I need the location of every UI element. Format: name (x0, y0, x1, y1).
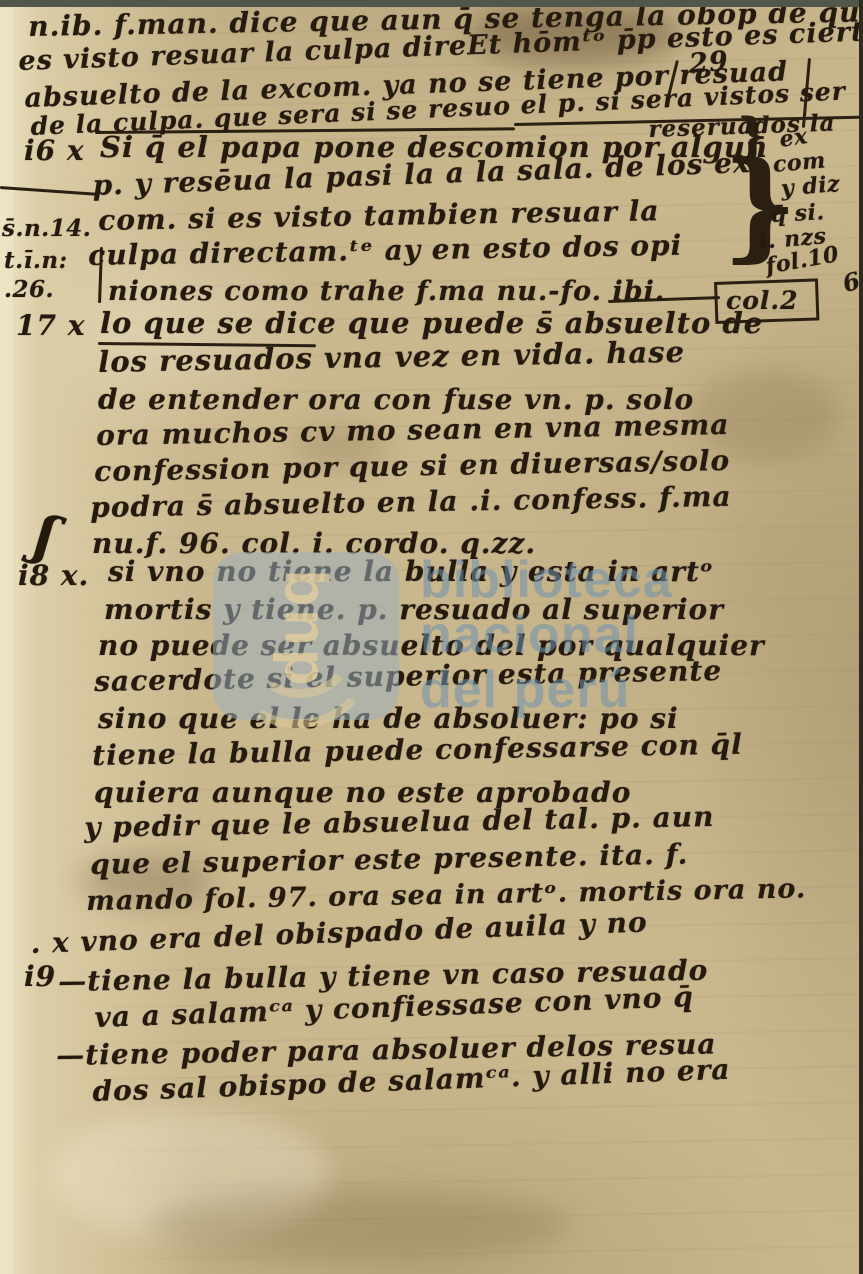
manuscript-scan: }} n.ib. f.man. dice que aun q̄ se tenga… (0, 0, 863, 1274)
watermark-bnp-logo: bnp (213, 552, 399, 720)
watermark-text-line: biblioteca (420, 550, 673, 610)
watermark: bnp biblioteca nacional del perú (0, 0, 863, 1274)
watermark-text-line: del perú (420, 660, 630, 720)
watermark-text-line: nacional (420, 605, 639, 665)
watermark-logo-text: bnp (272, 570, 341, 689)
scan-edge-top (0, 0, 863, 7)
scan-edge-right (859, 0, 863, 1274)
